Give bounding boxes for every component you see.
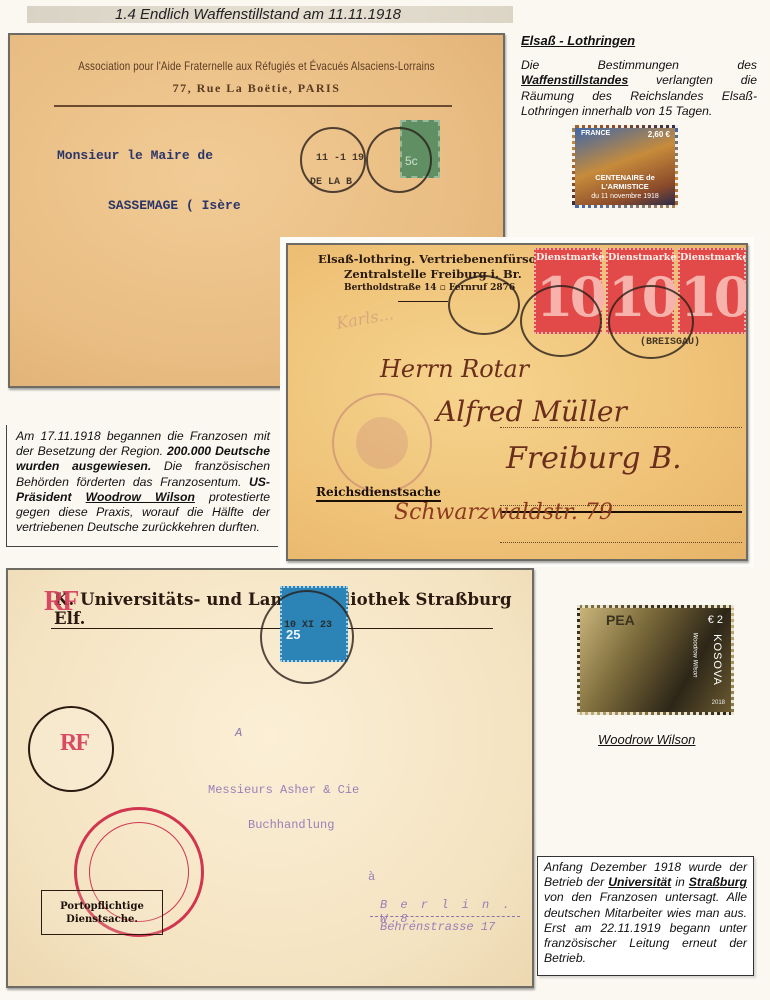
stamp-caption: CENTENAIRE de L'ARMISTICE <box>575 173 675 191</box>
faint-stamp: Karls... <box>335 304 395 333</box>
handwritten-line-3: Freiburg B. <box>506 441 682 476</box>
info-box-occupation: Am 17.11.1918 begannen die Franzosen mit… <box>6 425 278 547</box>
sender-name: Association pour l'Aide Fraternelle aux … <box>54 59 458 73</box>
stamp-year: 2018 <box>712 700 725 706</box>
cover-freiburg-dienstsache: Elsaß-lothring. Vertriebenenfürsor Zentr… <box>286 243 748 561</box>
official-mark: Reichsdienstsache <box>316 485 441 502</box>
info-box-university: Anfang Dezember 1918 wurde der Betrieb d… <box>537 856 754 976</box>
postmark-icon <box>260 590 354 684</box>
porto-line-2: Dienstsache. <box>42 913 162 926</box>
divider <box>54 105 452 107</box>
stamp-value: 2,60 € <box>648 130 670 139</box>
stamp-france-armistice: FRANCE 2,60 € CENTENAIRE de L'ARMISTICE … <box>572 125 678 208</box>
recipient-street: Behrenstrasse 17 <box>380 920 495 934</box>
link-woodrow-wilson: Woodrow Wilson <box>86 490 195 504</box>
porto-line-1: Portopflichtige <box>42 900 162 913</box>
postmark-date: 10 XI 23 <box>284 620 332 631</box>
recipient-line-2: SASSEMAGE ( Isère <box>108 198 241 213</box>
recipient-prefix: A <box>235 726 242 740</box>
postmark-icon <box>366 127 432 193</box>
rf-overprint: RF <box>44 586 77 618</box>
address-line <box>370 916 520 917</box>
caption-woodrow-wilson: Woodrow Wilson <box>598 732 695 747</box>
page-title: 1.4 Endlich Waffenstillstand am 11.11.19… <box>115 6 401 23</box>
recipient-line-1: Monsieur le Maire de <box>57 148 213 163</box>
stamp-country: KOSOVA <box>711 634 723 686</box>
address-line <box>500 427 742 428</box>
sender-address: 77, Rue La Boëtie, PARIS <box>10 81 503 96</box>
recipient-line-2: Buchhandlung <box>248 818 334 832</box>
ornament-divider <box>398 301 448 302</box>
link-waffenstillstand: Waffenstillstandes <box>521 73 628 87</box>
link-strassburg: Straßburg <box>689 875 747 889</box>
stamp-caption-date: du 11 novembre 1918 <box>575 193 675 200</box>
seal-eagle-faint <box>332 393 432 493</box>
address-line <box>500 542 742 543</box>
header-line-1: Elsaß-lothring. Vertriebenenfürsor <box>318 252 542 266</box>
handwritten-line-4: Schwarzwaldstr. 79 <box>394 500 613 525</box>
info-heading: Elsaß - Lothringen <box>521 33 757 48</box>
info-box-alsace: Elsaß - Lothringen Die Bestimmungen des … <box>521 33 757 119</box>
stamp-name: Woodrow Wilson <box>692 633 698 678</box>
stamp-country: FRANCE <box>581 130 610 137</box>
postmark-icon <box>448 275 520 335</box>
postmark-place: DE LA B <box>310 177 352 188</box>
handwritten-line-2: Alfred Müller <box>436 395 627 428</box>
recipient-line-1: Messieurs Asher & Cie <box>208 783 359 797</box>
stamp-kosovo-wilson: PEA € 2 KOSOVA Woodrow Wilson 2018 <box>577 605 734 715</box>
postmark-icon <box>520 285 602 357</box>
postmark-date: 11 -1 19 <box>316 153 364 164</box>
info-text: Die Bestimmungen des Waffenstillstandes … <box>521 58 757 119</box>
page-title-bar: 1.4 Endlich Waffenstillstand am 11.11.19… <box>27 6 513 23</box>
link-universitaet: Universität <box>608 875 671 889</box>
rf-overprint-seal: RF <box>60 730 88 757</box>
stamp-value: € 2 <box>708 614 723 626</box>
postmark-place: (BREISGAU) <box>640 337 700 348</box>
porto-box: Portopflichtige Dienstsache. <box>41 890 163 935</box>
stamp-poster-text: PEA <box>606 612 635 628</box>
handwritten-line-1: Herrn Rotar <box>380 355 529 383</box>
recipient-prefix-2: à <box>368 870 375 884</box>
